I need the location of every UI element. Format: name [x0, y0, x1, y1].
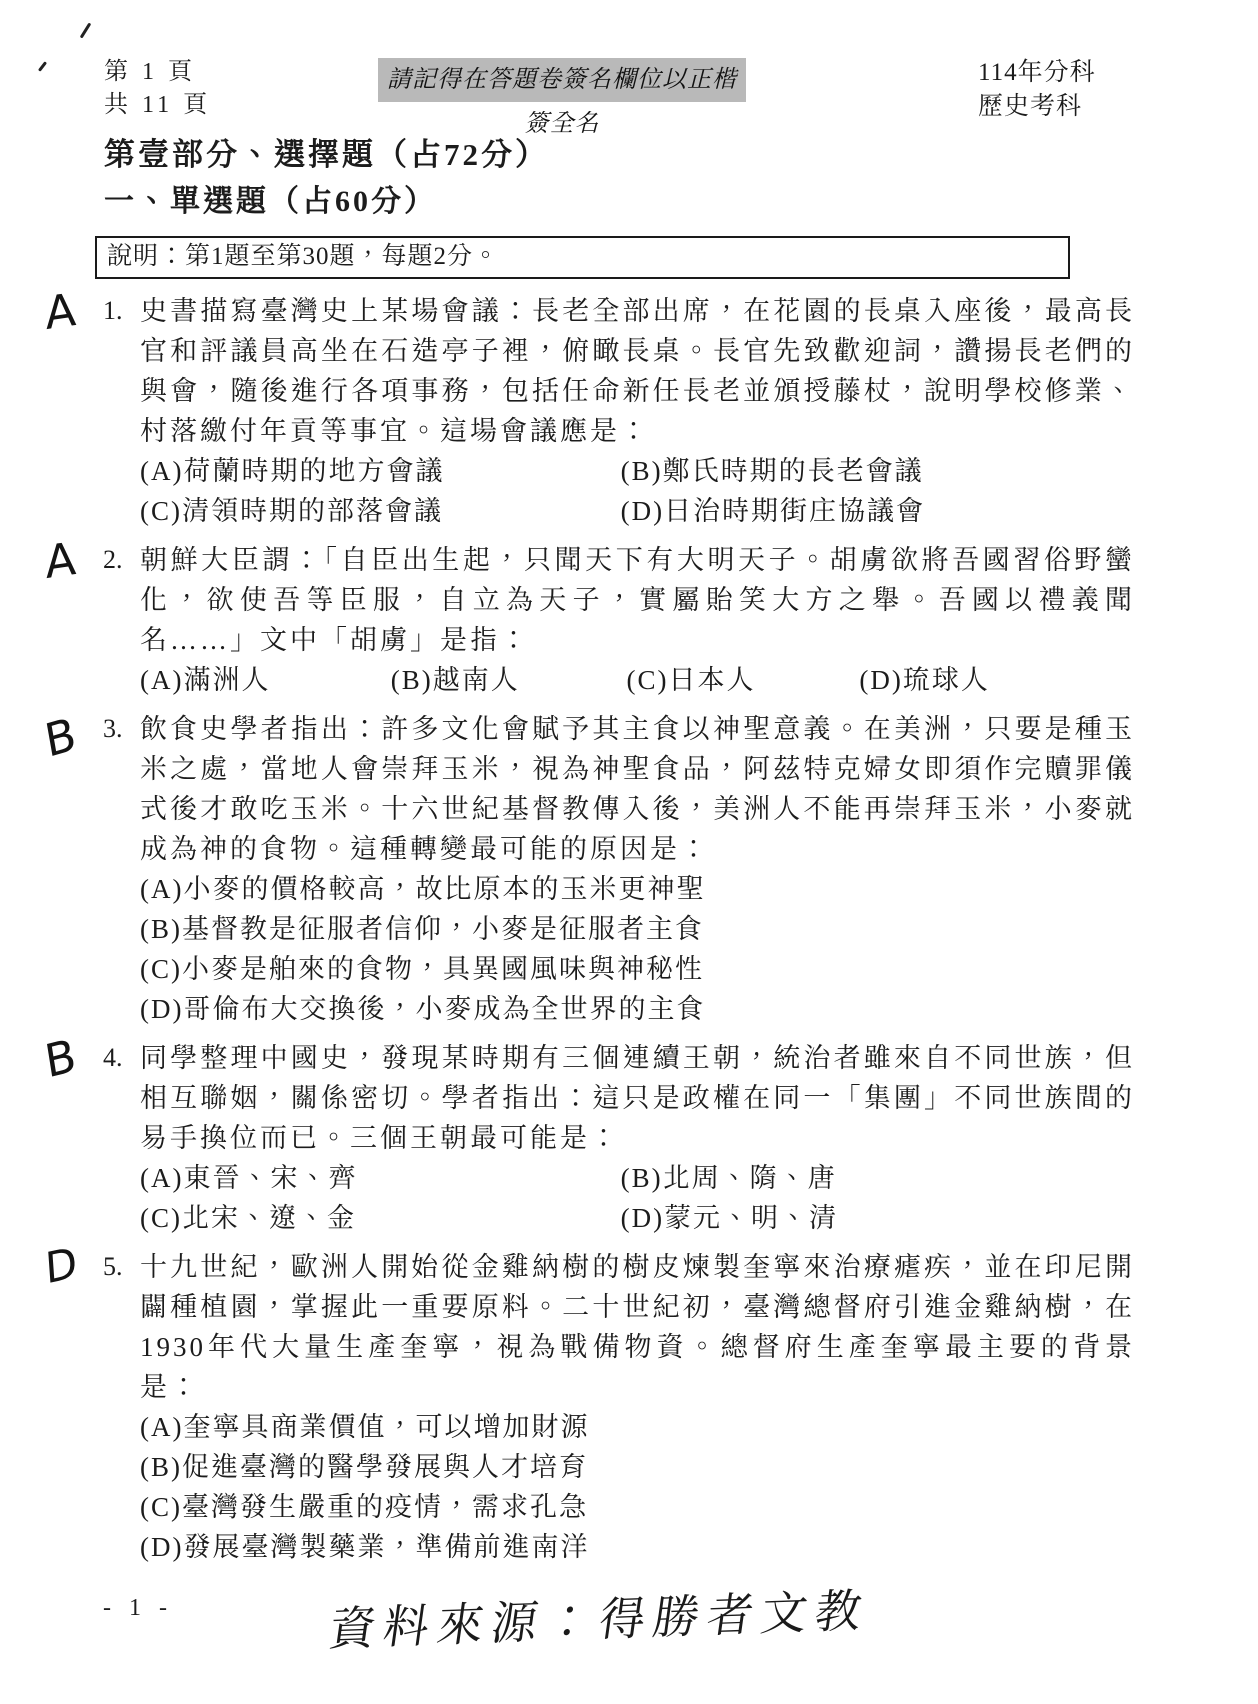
answer-option: (B)基督教是征服者信仰，小麥是征服者主食	[140, 909, 1135, 949]
option-group: (A)東晉、宋、齊(B)北周、隋、唐(C)北宋、遼、金(D)蒙元、明、清	[140, 1158, 1135, 1238]
answer-option: (D)發展臺灣製藥業，準備前進南洋	[140, 1527, 1135, 1567]
answer-option: (C)日本人	[627, 660, 860, 700]
answer-option: (C)清領時期的部落會議	[140, 491, 621, 531]
question-2: A2.朝鮮大臣謂：「自臣出生起，只聞天下有大明天子。胡虜欲將吾國習俗野蠻化，欲使…	[140, 540, 1135, 700]
exam-page: 第 1 頁 共 11 頁 請記得在答題卷簽名欄位以正楷簽全名 114年分科 歷史…	[0, 0, 1258, 1704]
answer-option: (B)越南人	[391, 660, 627, 700]
section-heading: 一、單選題（占60分）	[104, 184, 1258, 220]
answer-option: (A)奎寧具商業價值，可以增加財源	[140, 1407, 1135, 1447]
answer-option: (C)小麥是舶來的食物，具異國風味與神秘性	[140, 949, 1135, 989]
instruction-box: 說明：第1題至第30題，每題2分。	[95, 236, 1070, 279]
answer-option: (D)日治時期街庄協議會	[621, 491, 1135, 531]
stray-pen-mark	[38, 61, 47, 72]
exam-year-line: 114年分科	[978, 56, 1096, 90]
option-group: (A)滿洲人(B)越南人(C)日本人(D)琉球人	[140, 660, 1135, 700]
question-number: 5.	[103, 1247, 123, 1287]
question-number: 3.	[103, 709, 123, 749]
exam-subject-line: 歷史考科	[978, 90, 1096, 124]
answer-option: (A)東晉、宋、齊	[140, 1158, 621, 1198]
page-footer-number: - 1 -	[103, 1595, 173, 1622]
question-list: A1.史書描寫臺灣史上某場會議：長老全部出席，在花園的長桌入座後，最高長官和評議…	[0, 291, 1258, 1567]
answer-option: (D)琉球人	[859, 660, 1135, 700]
answer-option: (B)促進臺灣的醫學發展與人才培育	[140, 1447, 1135, 1487]
handwritten-answer-mark: A	[43, 283, 77, 340]
handwritten-source-note: 資料來源：得勝者文教	[325, 1560, 1258, 1659]
stray-pen-mark	[80, 22, 92, 38]
question-3: B3.飲食史學者指出：許多文化會賦予其主食以神聖意義。在美洲，只要是種玉米之處，…	[140, 709, 1135, 1029]
question-number: 1.	[103, 291, 123, 331]
signature-notice-banner: 請記得在答題卷簽名欄位以正楷簽全名	[378, 58, 746, 102]
question-4: B4.同學整理中國史，發現某時期有三個連續王朝，統治者雖來自不同世族，但相互聯姻…	[140, 1038, 1135, 1238]
handwritten-answer-mark: B	[41, 1028, 79, 1088]
question-number: 4.	[103, 1038, 123, 1078]
exam-content: 第壹部分、選擇題（占72分） 一、單選題（占60分） 說明：第1題至第30題，每…	[0, 136, 1258, 1659]
question-1: A1.史書描寫臺灣史上某場會議：長老全部出席，在花園的長桌入座後，最高長官和評議…	[140, 291, 1135, 531]
answer-option: (B)北周、隋、唐	[621, 1158, 1135, 1198]
page-number-line: 第 1 頁	[104, 56, 211, 89]
answer-option: (D)蒙元、明、清	[621, 1198, 1135, 1238]
question-stem: 十九世紀，歐洲人開始從金雞納樹的樹皮煉製奎寧來治療瘧疾，並在印尼開闢種植園，掌握…	[140, 1247, 1135, 1407]
answer-option: (D)哥倫布大交換後，小麥成為全世界的主食	[140, 989, 1135, 1029]
question-stem: 同學整理中國史，發現某時期有三個連續王朝，統治者雖來自不同世族，但相互聯姻，關係…	[140, 1038, 1135, 1158]
answer-option: (A)滿洲人	[140, 660, 391, 700]
handwritten-answer-mark: A	[43, 532, 77, 589]
question-stem: 史書描寫臺灣史上某場會議：長老全部出席，在花園的長桌入座後，最高長官和評議員高坐…	[140, 291, 1135, 451]
part-heading: 第壹部分、選擇題（占72分）	[104, 136, 1258, 174]
answer-option: (A)小麥的價格較高，故比原本的玉米更神聖	[140, 869, 1135, 909]
answer-option: (B)鄭氏時期的長老會議	[621, 451, 1135, 491]
question-stem: 朝鮮大臣謂：「自臣出生起，只聞天下有大明天子。胡虜欲將吾國習俗野蠻化，欲使吾等臣…	[140, 540, 1135, 660]
answer-option: (A)荷蘭時期的地方會議	[140, 451, 621, 491]
question-5: D5.十九世紀，歐洲人開始從金雞納樹的樹皮煉製奎寧來治療瘧疾，並在印尼開闢種植園…	[140, 1247, 1135, 1567]
question-number: 2.	[103, 540, 123, 580]
option-group: (A)小麥的價格較高，故比原本的玉米更神聖(B)基督教是征服者信仰，小麥是征服者…	[140, 869, 1135, 1029]
page-number-info: 第 1 頁 共 11 頁	[104, 56, 211, 122]
exam-title-info: 114年分科 歷史考科	[978, 56, 1096, 124]
question-stem: 飲食史學者指出：許多文化會賦予其主食以神聖意義。在美洲，只要是種玉米之處，當地人…	[140, 709, 1135, 869]
page-total-line: 共 11 頁	[104, 89, 211, 122]
option-group: (A)荷蘭時期的地方會議(B)鄭氏時期的長老會議(C)清領時期的部落會議(D)日…	[140, 451, 1135, 531]
handwritten-answer-mark: B	[41, 707, 80, 768]
answer-option: (C)北宋、遼、金	[140, 1198, 621, 1238]
option-group: (A)奎寧具商業價值，可以增加財源(B)促進臺灣的醫學發展與人才培育(C)臺灣發…	[140, 1407, 1135, 1567]
answer-option: (C)臺灣發生嚴重的疫情，需求孔急	[140, 1487, 1135, 1527]
handwritten-answer-mark: D	[44, 1237, 79, 1293]
